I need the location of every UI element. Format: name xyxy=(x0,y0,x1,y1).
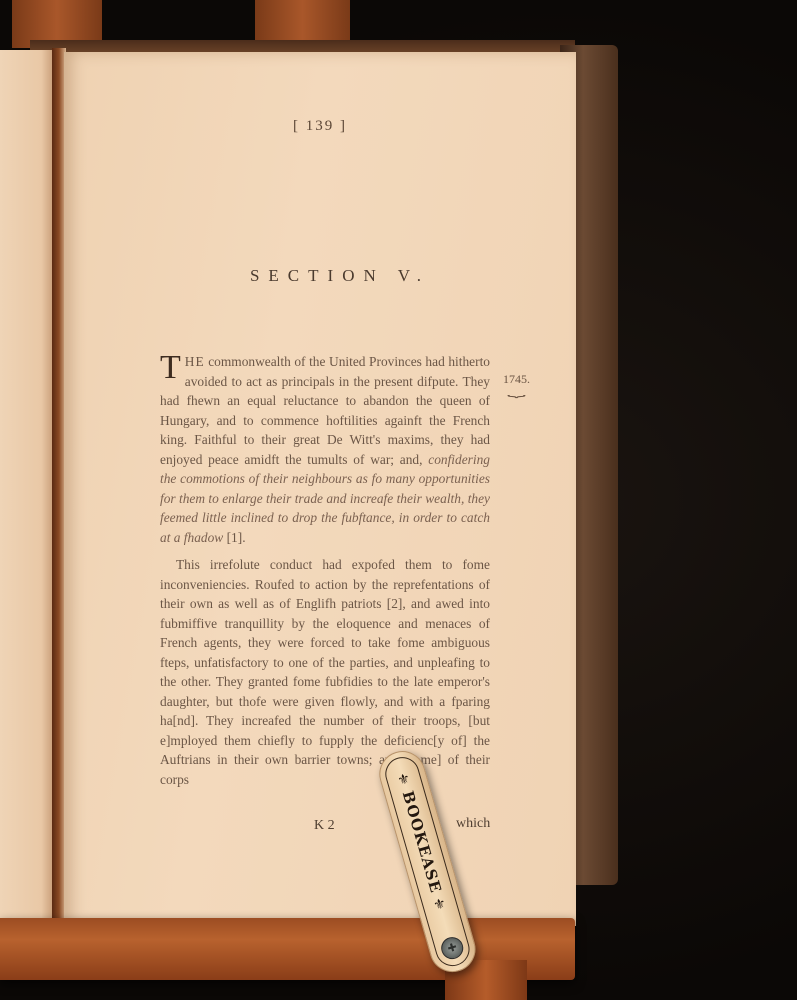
right-page: [ 139 ] SECTION V. THE commonwealth of t… xyxy=(64,52,576,926)
brace-ornament: ⏟ xyxy=(487,387,546,395)
screw-icon xyxy=(439,934,466,961)
page-number: [ 139 ] xyxy=(64,118,576,135)
marginal-date: 1745. ⏟ xyxy=(503,372,530,395)
catchword: which xyxy=(456,816,490,832)
fleur-ornament-icon: ⚜ xyxy=(432,895,449,915)
lead-word: HE xyxy=(185,354,205,369)
paragraph-2: This irrefolute conduct had expofed them… xyxy=(160,555,490,789)
signature-mark: K 2 xyxy=(314,818,335,834)
fleur-ornament-icon: ⚜ xyxy=(396,770,413,790)
section-title: SECTION V. xyxy=(64,266,576,286)
drop-cap: T xyxy=(160,354,181,382)
paragraph-1-text: commonwealth of the United Provinces had… xyxy=(160,354,490,467)
paragraph-1: THE commonwealth of the United Provinces… xyxy=(160,352,490,547)
footnote-ref-1: [1]. xyxy=(223,530,245,545)
body-text: THE commonwealth of the United Provinces… xyxy=(160,352,490,789)
